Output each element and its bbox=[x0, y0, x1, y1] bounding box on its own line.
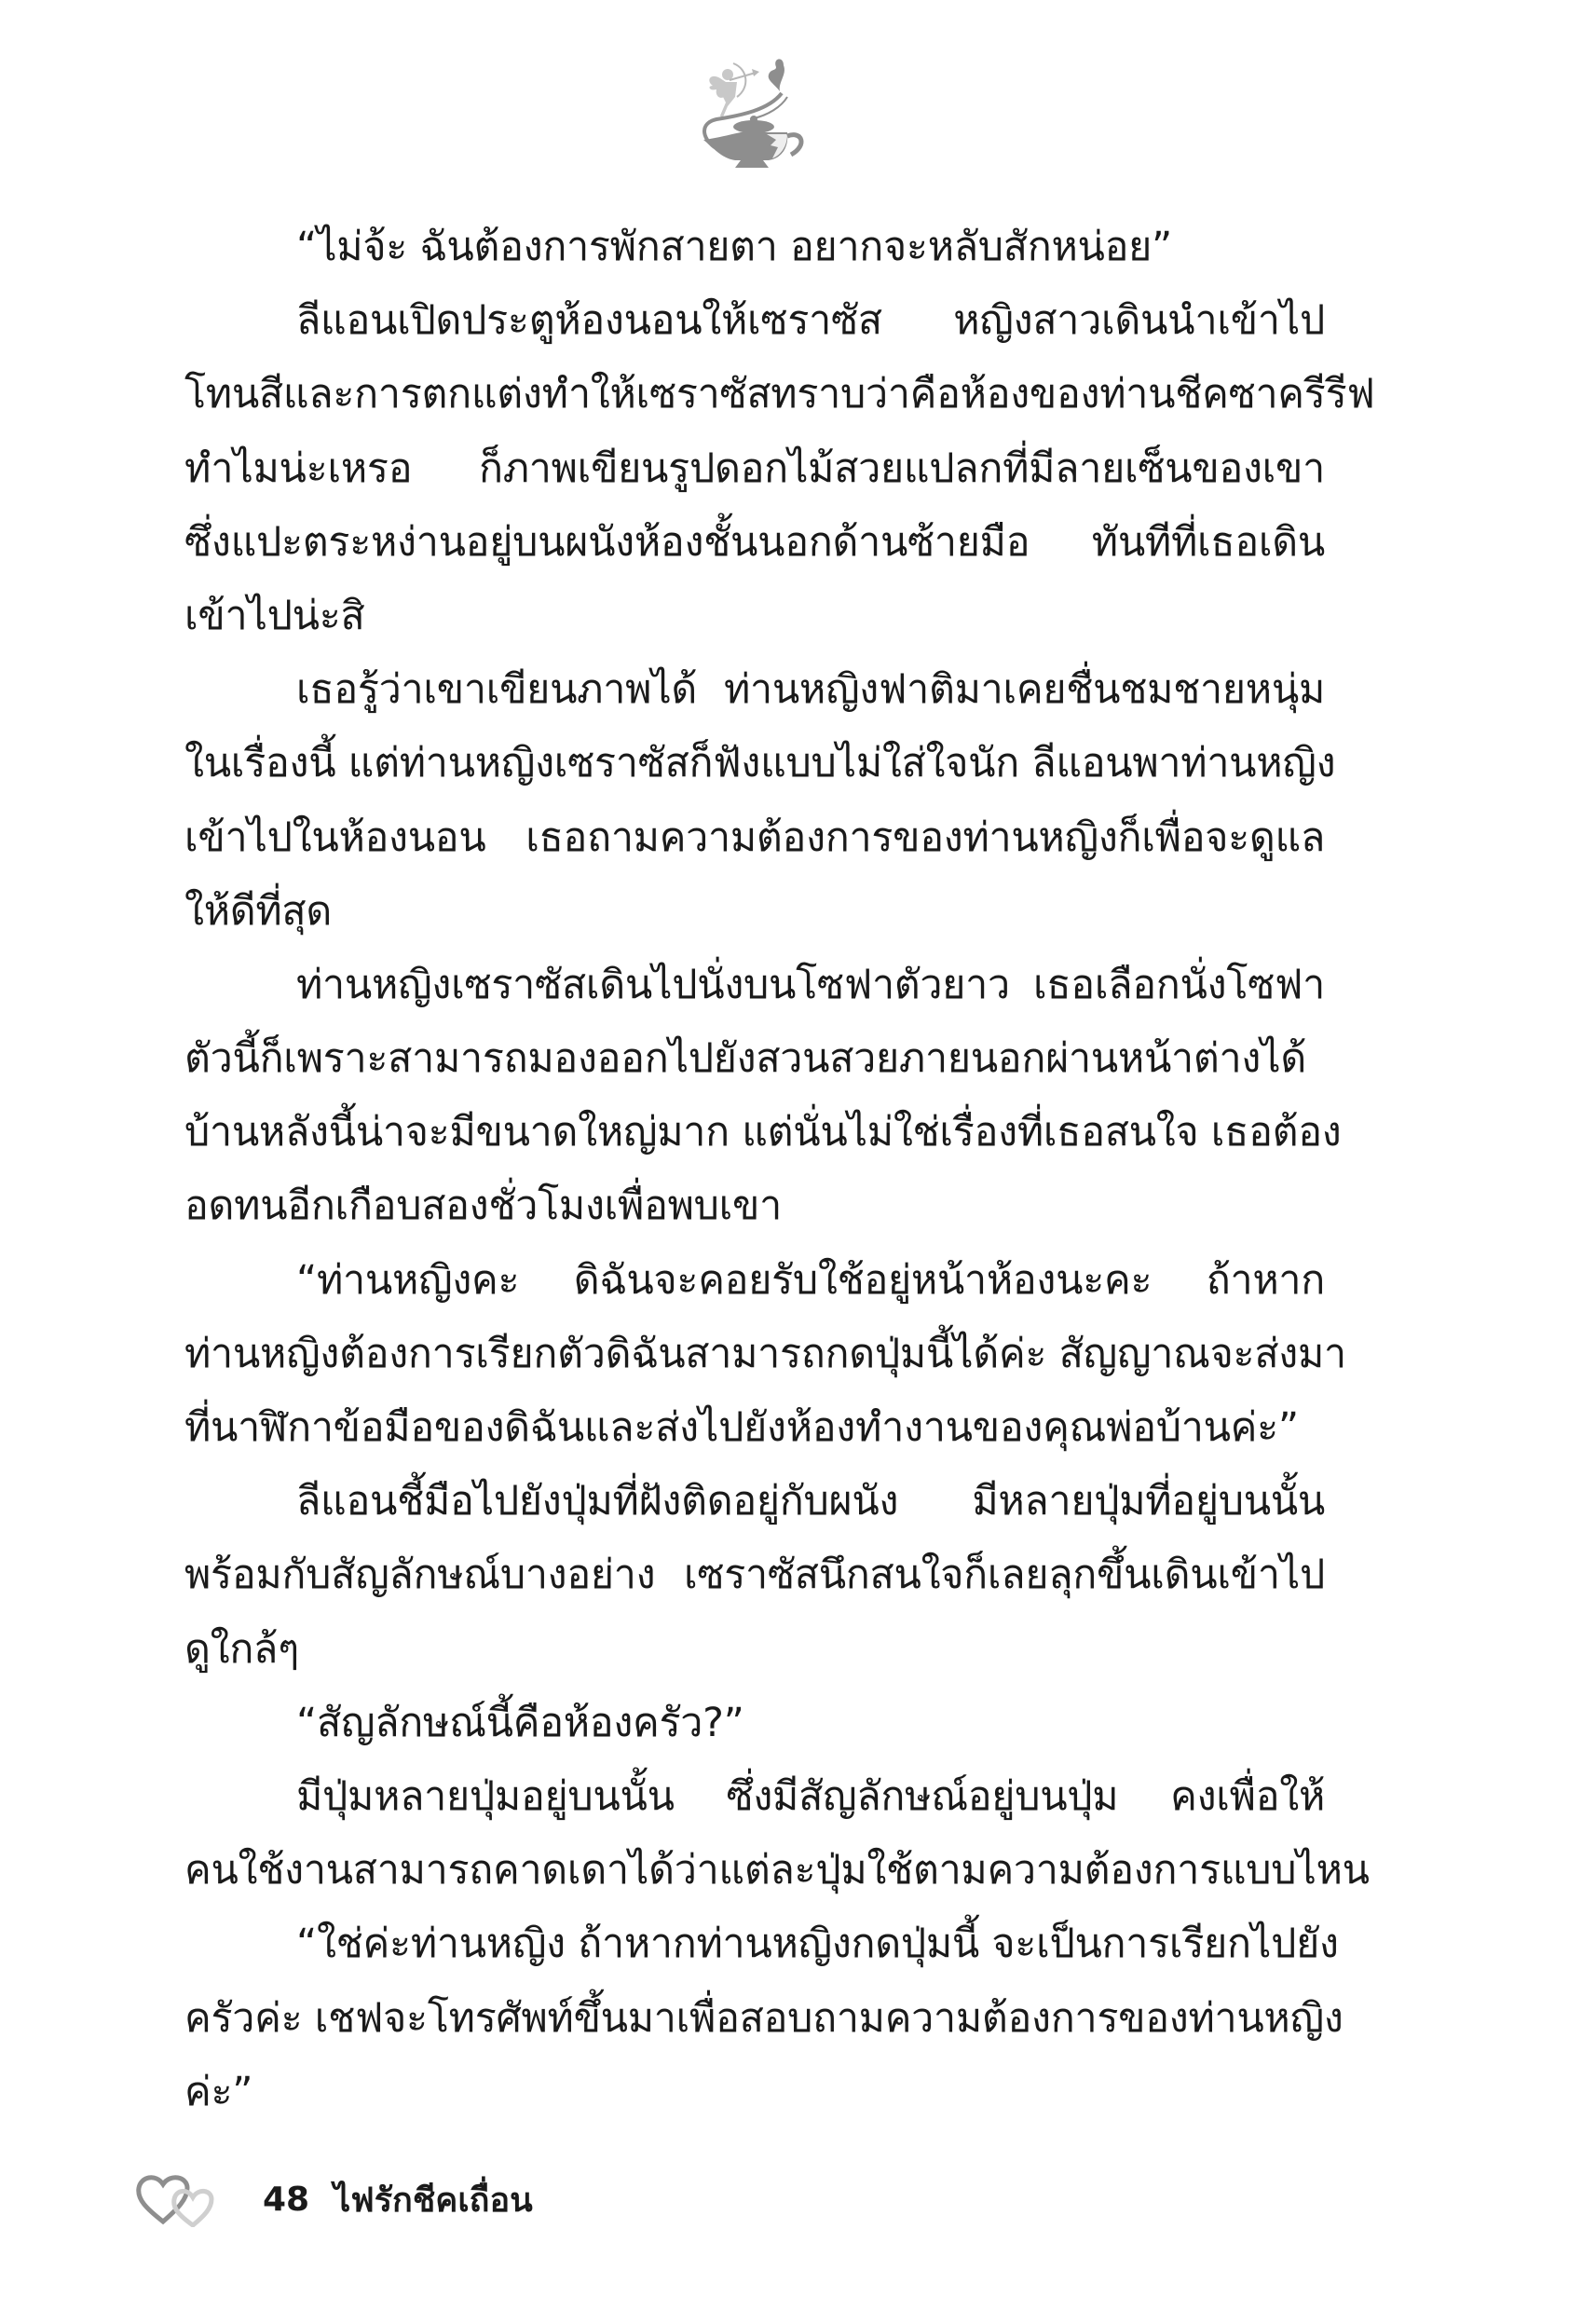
text-line: “ท่านหญิงคะ ดิฉันจะคอยรับใช้อยู่หน้าห้อง… bbox=[184, 1244, 1325, 1318]
text-line: ค่ะ” bbox=[184, 2056, 1325, 2129]
book-title: ไฟรักชีคเถื่อน bbox=[334, 2173, 533, 2226]
text-line: ทำไมน่ะเหรอ ก็ภาพเขียนรูปดอกไม้สวยแปลกที… bbox=[184, 432, 1325, 506]
text-line: เข้าไปน่ะสิ bbox=[184, 580, 1325, 653]
text-line: ลีแอนชี้มือไปยังปุ่มที่ฝังติดอยู่กับผนัง… bbox=[184, 1465, 1325, 1538]
text-line: ตัวนี้ก็เพราะสามารถมองออกไปยังสวนสวยภายน… bbox=[184, 1022, 1325, 1096]
paragraph: เธอรู้ว่าเขาเขียนภาพได้ ท่านหญิงฟาติมาเค… bbox=[184, 653, 1325, 949]
two-hearts-icon bbox=[135, 2171, 224, 2227]
text-line: เธอรู้ว่าเขาเขียนภาพได้ ท่านหญิงฟาติมาเค… bbox=[184, 653, 1325, 727]
paragraph: “สัญลักษณ์นี้คือห้องครัว?” bbox=[184, 1687, 1325, 1760]
paragraph: “ท่านหญิงคะ ดิฉันจะคอยรับใช้อยู่หน้าห้อง… bbox=[184, 1244, 1325, 1466]
text-line: คนใช้งานสามารถคาดเดาได้ว่าแต่ละปุ่มใช้ตา… bbox=[184, 1834, 1325, 1908]
text-line: ที่นาฬิกาข้อมือของดิฉันและส่งไปยังห้องทำ… bbox=[184, 1391, 1325, 1465]
text-line: พร้อมกับสัญลักษณ์บางอย่าง เซราซัสนึกสนใจ… bbox=[184, 1538, 1325, 1612]
text-line: เข้าไปในห้องนอน เธอถามความต้องการของท่าน… bbox=[184, 801, 1325, 875]
paragraph: มีปุ่มหลายปุ่มอยู่บนนั้น ซึ่งมีสัญลักษณ์… bbox=[184, 1760, 1325, 1908]
page-body-text: “ไม่จ้ะ ฉันต้องการพักสายตา อยากจะหลับสัก… bbox=[184, 211, 1325, 2129]
text-line: ให้ดีที่สุด bbox=[184, 875, 1325, 949]
page-footer: 48 ไฟรักชีคเถื่อน bbox=[135, 2171, 533, 2227]
text-line: อดทนอีกเกือบสองชั่วโมงเพื่อพบเขา bbox=[184, 1169, 1325, 1243]
text-line: “ไม่จ้ะ ฉันต้องการพักสายตา อยากจะหลับสัก… bbox=[184, 211, 1325, 284]
text-line: มีปุ่มหลายปุ่มอยู่บนนั้น ซึ่งมีสัญลักษณ์… bbox=[184, 1760, 1325, 1834]
paragraph: ท่านหญิงเซราซัสเดินไปนั่งบนโซฟาตัวยาว เธ… bbox=[184, 949, 1325, 1244]
paragraph: ลีแอนเปิดประตูห้องนอนให้เซราซัส หญิงสาวเ… bbox=[184, 284, 1325, 653]
paragraph: “ใช่ค่ะท่านหญิง ถ้าหากท่านหญิงกดปุ่มนี้ … bbox=[184, 1908, 1325, 2129]
text-line: ลีแอนเปิดประตูห้องนอนให้เซราซัส หญิงสาวเ… bbox=[184, 284, 1325, 358]
text-line: ครัวค่ะ เชฟจะโทรศัพท์ขึ้นมาเพื่อสอบถามคว… bbox=[184, 1982, 1325, 2056]
paragraph: ลีแอนชี้มือไปยังปุ่มที่ฝังติดอยู่กับผนัง… bbox=[184, 1465, 1325, 1687]
cupid-genie-lamp-icon bbox=[694, 54, 815, 171]
text-line: บ้านหลังนี้น่าจะมีขนาดใหญ่มาก แต่นั่นไม่… bbox=[184, 1096, 1325, 1169]
text-line: โทนสีและการตกแต่งทำให้เซราซัสทราบว่าคือห… bbox=[184, 358, 1325, 431]
text-line: “สัญลักษณ์นี้คือห้องครัว?” bbox=[184, 1687, 1325, 1760]
text-line: ซึ่งแปะตระหง่านอยู่บนผนังห้องชั้นนอกด้าน… bbox=[184, 506, 1325, 580]
text-line: ในเรื่องนี้ แต่ท่านหญิงเซราซัสก็ฟังแบบไม… bbox=[184, 727, 1325, 800]
text-line: “ใช่ค่ะท่านหญิง ถ้าหากท่านหญิงกดปุ่มนี้ … bbox=[184, 1908, 1325, 1981]
text-line: ดูใกล้ๆ bbox=[184, 1613, 1325, 1687]
text-line: ท่านหญิงต้องการเรียกตัวดิฉันสามารถกดปุ่ม… bbox=[184, 1318, 1325, 1391]
text-line: ท่านหญิงเซราซัสเดินไปนั่งบนโซฟาตัวยาว เธ… bbox=[184, 949, 1325, 1022]
page-number: 48 bbox=[263, 2181, 309, 2219]
paragraph: “ไม่จ้ะ ฉันต้องการพักสายตา อยากจะหลับสัก… bbox=[184, 211, 1325, 284]
